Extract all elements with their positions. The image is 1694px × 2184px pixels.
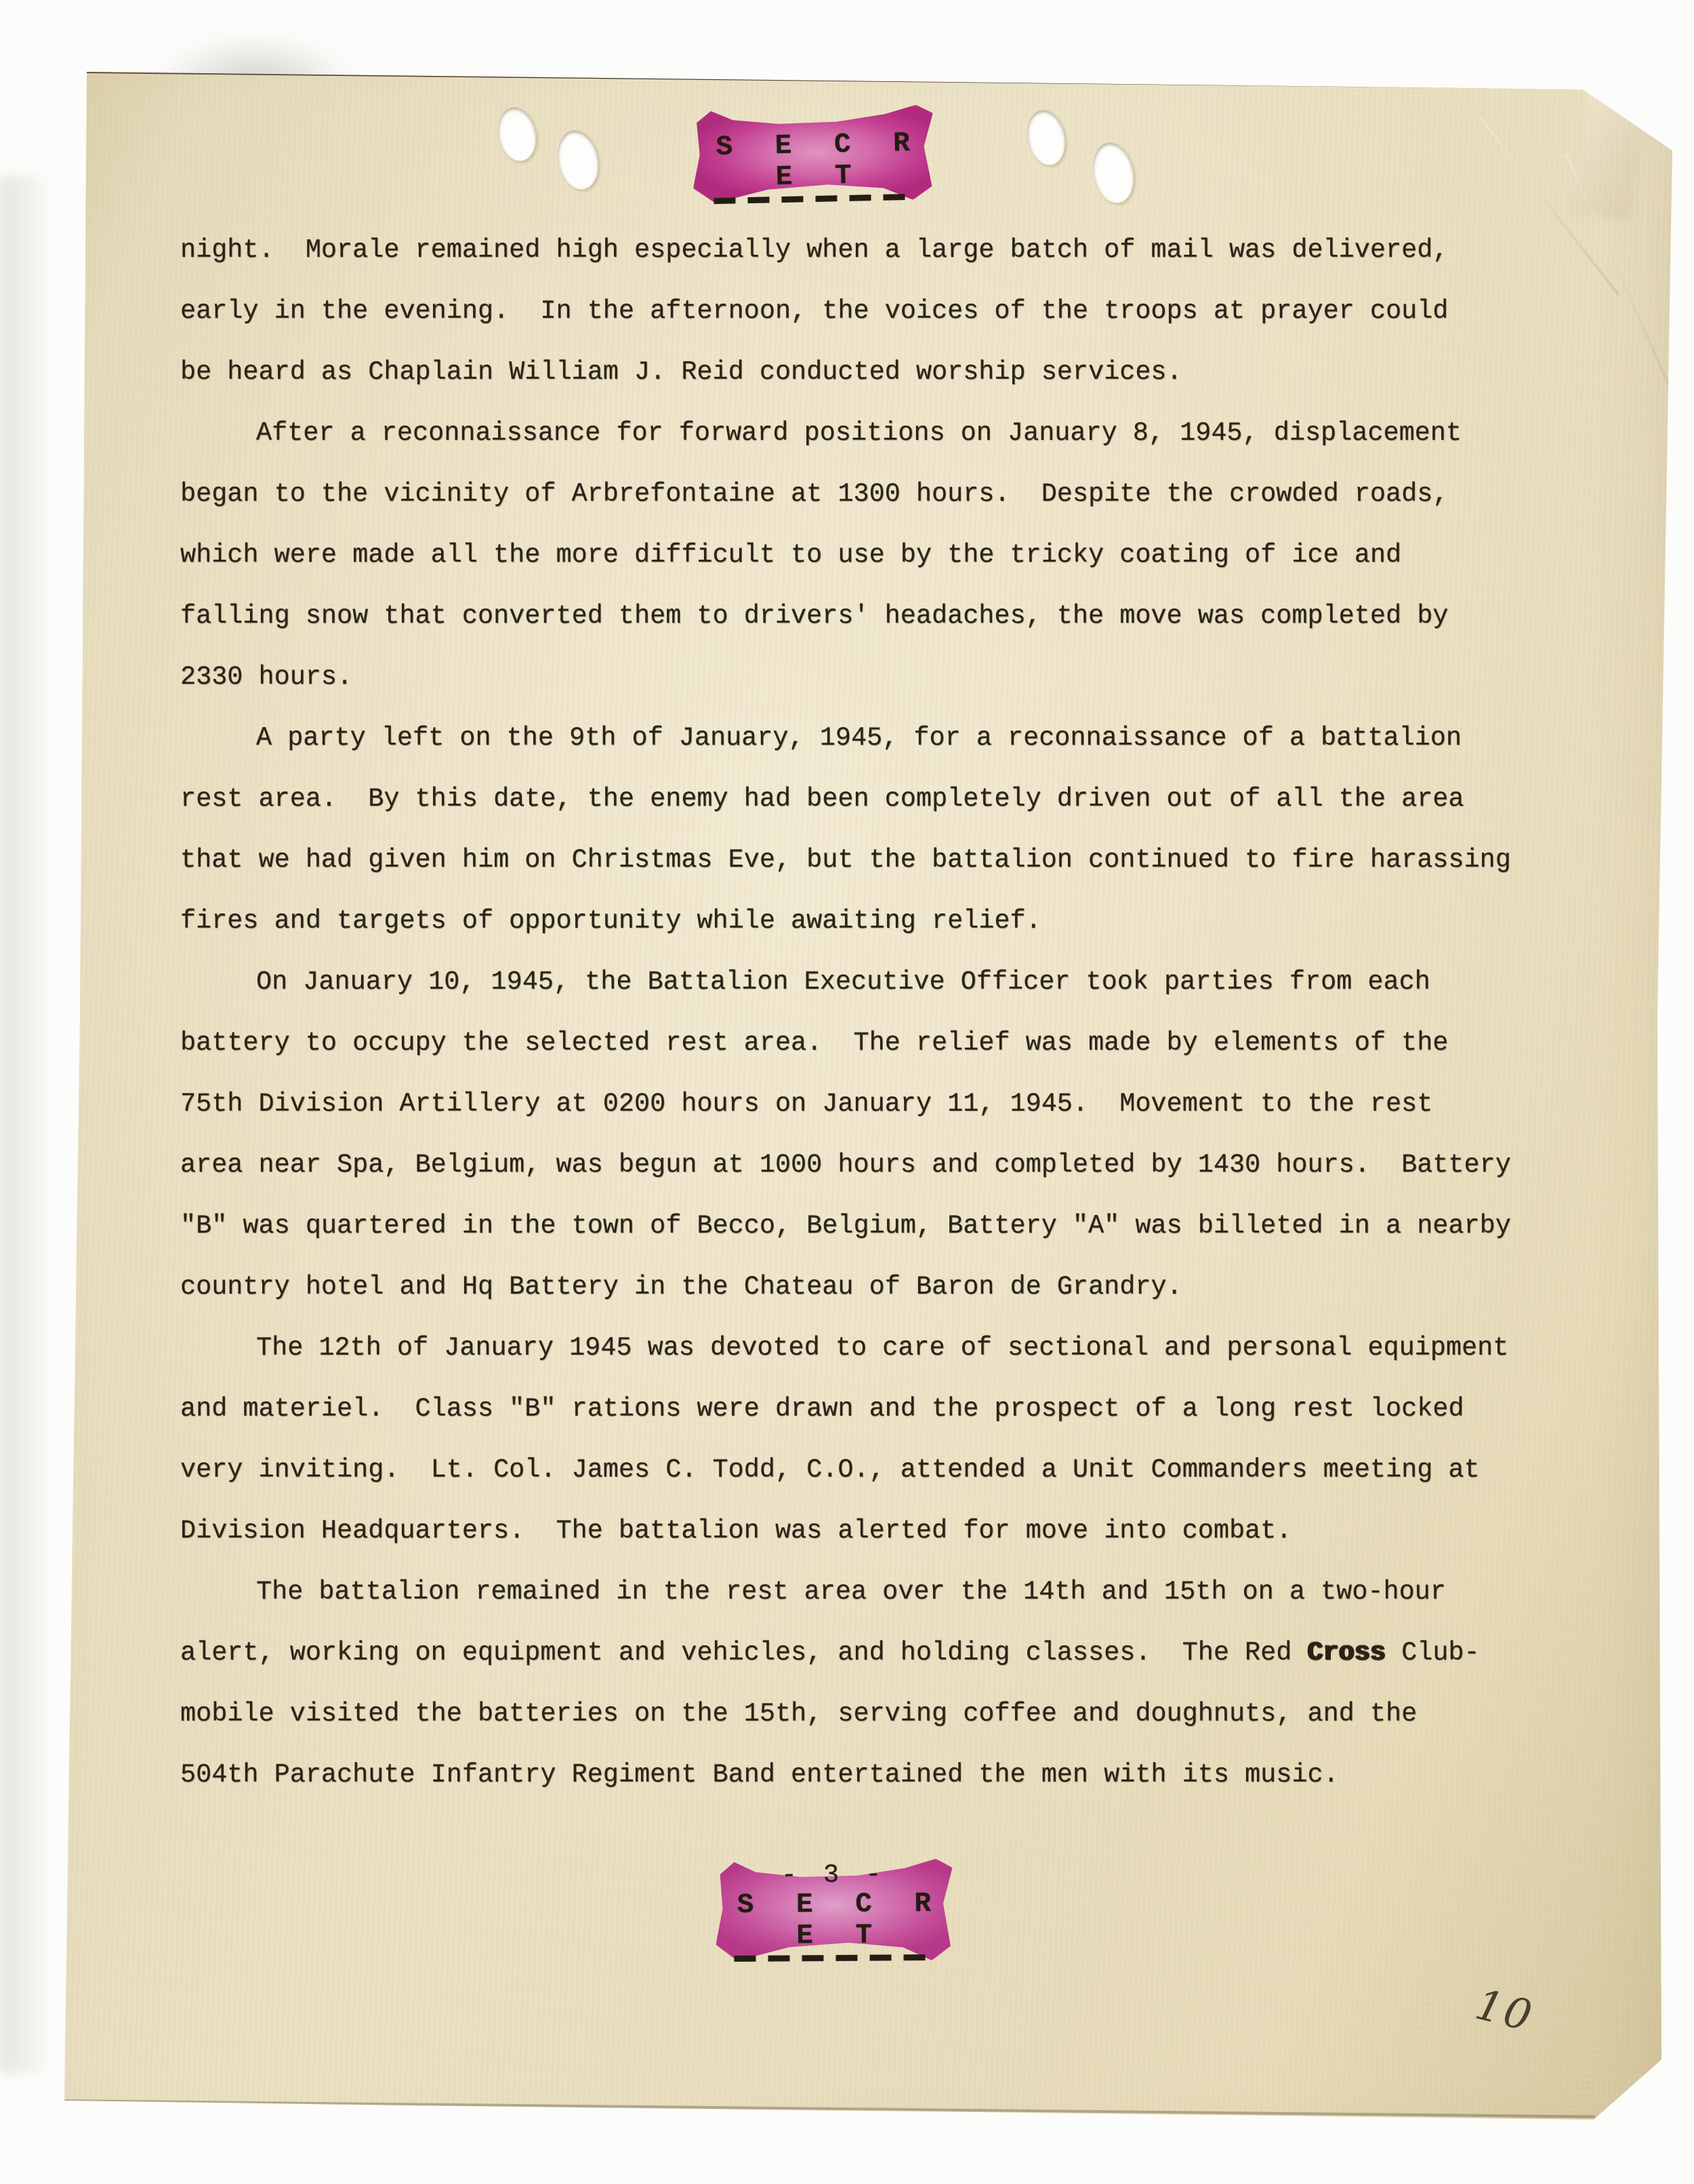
overstruck-word: Cross <box>1307 1638 1386 1668</box>
paragraph: After a reconnaissance for forward posit… <box>180 403 1563 707</box>
typed-line: and materiel. Class "B" rations were dra… <box>180 1378 1563 1439</box>
typed-line: began to the vicinity of Arbrefontaine a… <box>180 463 1563 524</box>
typed-line: rest area. By this date, the enemy had b… <box>180 768 1563 829</box>
typed-line: The battalion remained in the rest area … <box>180 1561 1563 1622</box>
typed-line: 504th Parachute Infantry Regiment Band e… <box>180 1744 1563 1805</box>
paper-crease <box>1570 78 1649 221</box>
typed-line: very inviting. Lt. Col. James C. Todd, C… <box>180 1439 1563 1500</box>
typed-line: A party left on the 9th of January, 1945… <box>180 707 1563 768</box>
typed-text-body: night. Morale remained high especially w… <box>180 220 1563 1805</box>
typed-line: battery to occupy the selected rest area… <box>180 1012 1563 1073</box>
typed-line: fires and targets of opportunity while a… <box>180 890 1563 951</box>
typed-line-segment: alert, working on equipment and vehicles… <box>180 1638 1307 1668</box>
typed-line: country hotel and Hq Battery in the Chat… <box>180 1256 1563 1317</box>
paper-crease <box>1565 154 1683 415</box>
typed-line: alert, working on equipment and vehicles… <box>180 1622 1563 1683</box>
page-number: - 3 - <box>709 1860 959 1891</box>
paragraph: The battalion remained in the rest area … <box>180 1561 1563 1805</box>
typed-line: The 12th of January 1945 was devoted to … <box>180 1317 1563 1378</box>
typed-line: which were made all the more difficult t… <box>180 524 1563 585</box>
paper-bottom-edge <box>64 2099 1596 2118</box>
secret-stamp-top: S E C R E T <box>692 104 935 204</box>
paragraph: The 12th of January 1945 was devoted to … <box>180 1317 1563 1561</box>
scanner-shadow-strip <box>0 176 54 2074</box>
typed-line: On January 10, 1945, the Battalion Execu… <box>180 951 1563 1012</box>
typed-line: that we had given him on Christmas Eve, … <box>180 829 1563 890</box>
typed-line: 75th Division Artillery at 0200 hours on… <box>180 1073 1563 1134</box>
paragraph: night. Morale remained high especially w… <box>180 220 1563 403</box>
typed-line: After a reconnaissance for forward posit… <box>180 403 1563 463</box>
typed-line: 2330 hours. <box>180 646 1563 707</box>
typed-line: be heard as Chaplain William J. Reid con… <box>180 342 1563 403</box>
typed-line-segment: Club- <box>1386 1638 1480 1668</box>
classification-text: S E C R E T <box>692 127 934 194</box>
typed-line: falling snow that converted them to driv… <box>180 585 1563 646</box>
stamp-dashed-underline <box>734 1954 934 1962</box>
typed-line: early in the evening. In the afternoon, … <box>180 281 1563 342</box>
secret-stamp-bottom: - 3 - S E C R E T <box>708 1851 959 1968</box>
typed-line: night. Morale remained high especially w… <box>180 220 1563 281</box>
typed-line: mobile visited the batteries on the 15th… <box>180 1683 1563 1744</box>
typed-line: "B" was quartered in the town of Becco, … <box>180 1195 1563 1256</box>
typed-line: area near Spa, Belgium, was begun at 100… <box>180 1134 1563 1195</box>
classification-text: S E C R E T <box>709 1889 960 1953</box>
scanned-document-page: S E C R E T night. Morale remained high … <box>0 0 1694 2184</box>
typed-line: Division Headquarters. The battalion was… <box>180 1500 1563 1561</box>
paragraph: A party left on the 9th of January, 1945… <box>180 707 1563 951</box>
paragraph: On January 10, 1945, the Battalion Execu… <box>180 951 1563 1317</box>
